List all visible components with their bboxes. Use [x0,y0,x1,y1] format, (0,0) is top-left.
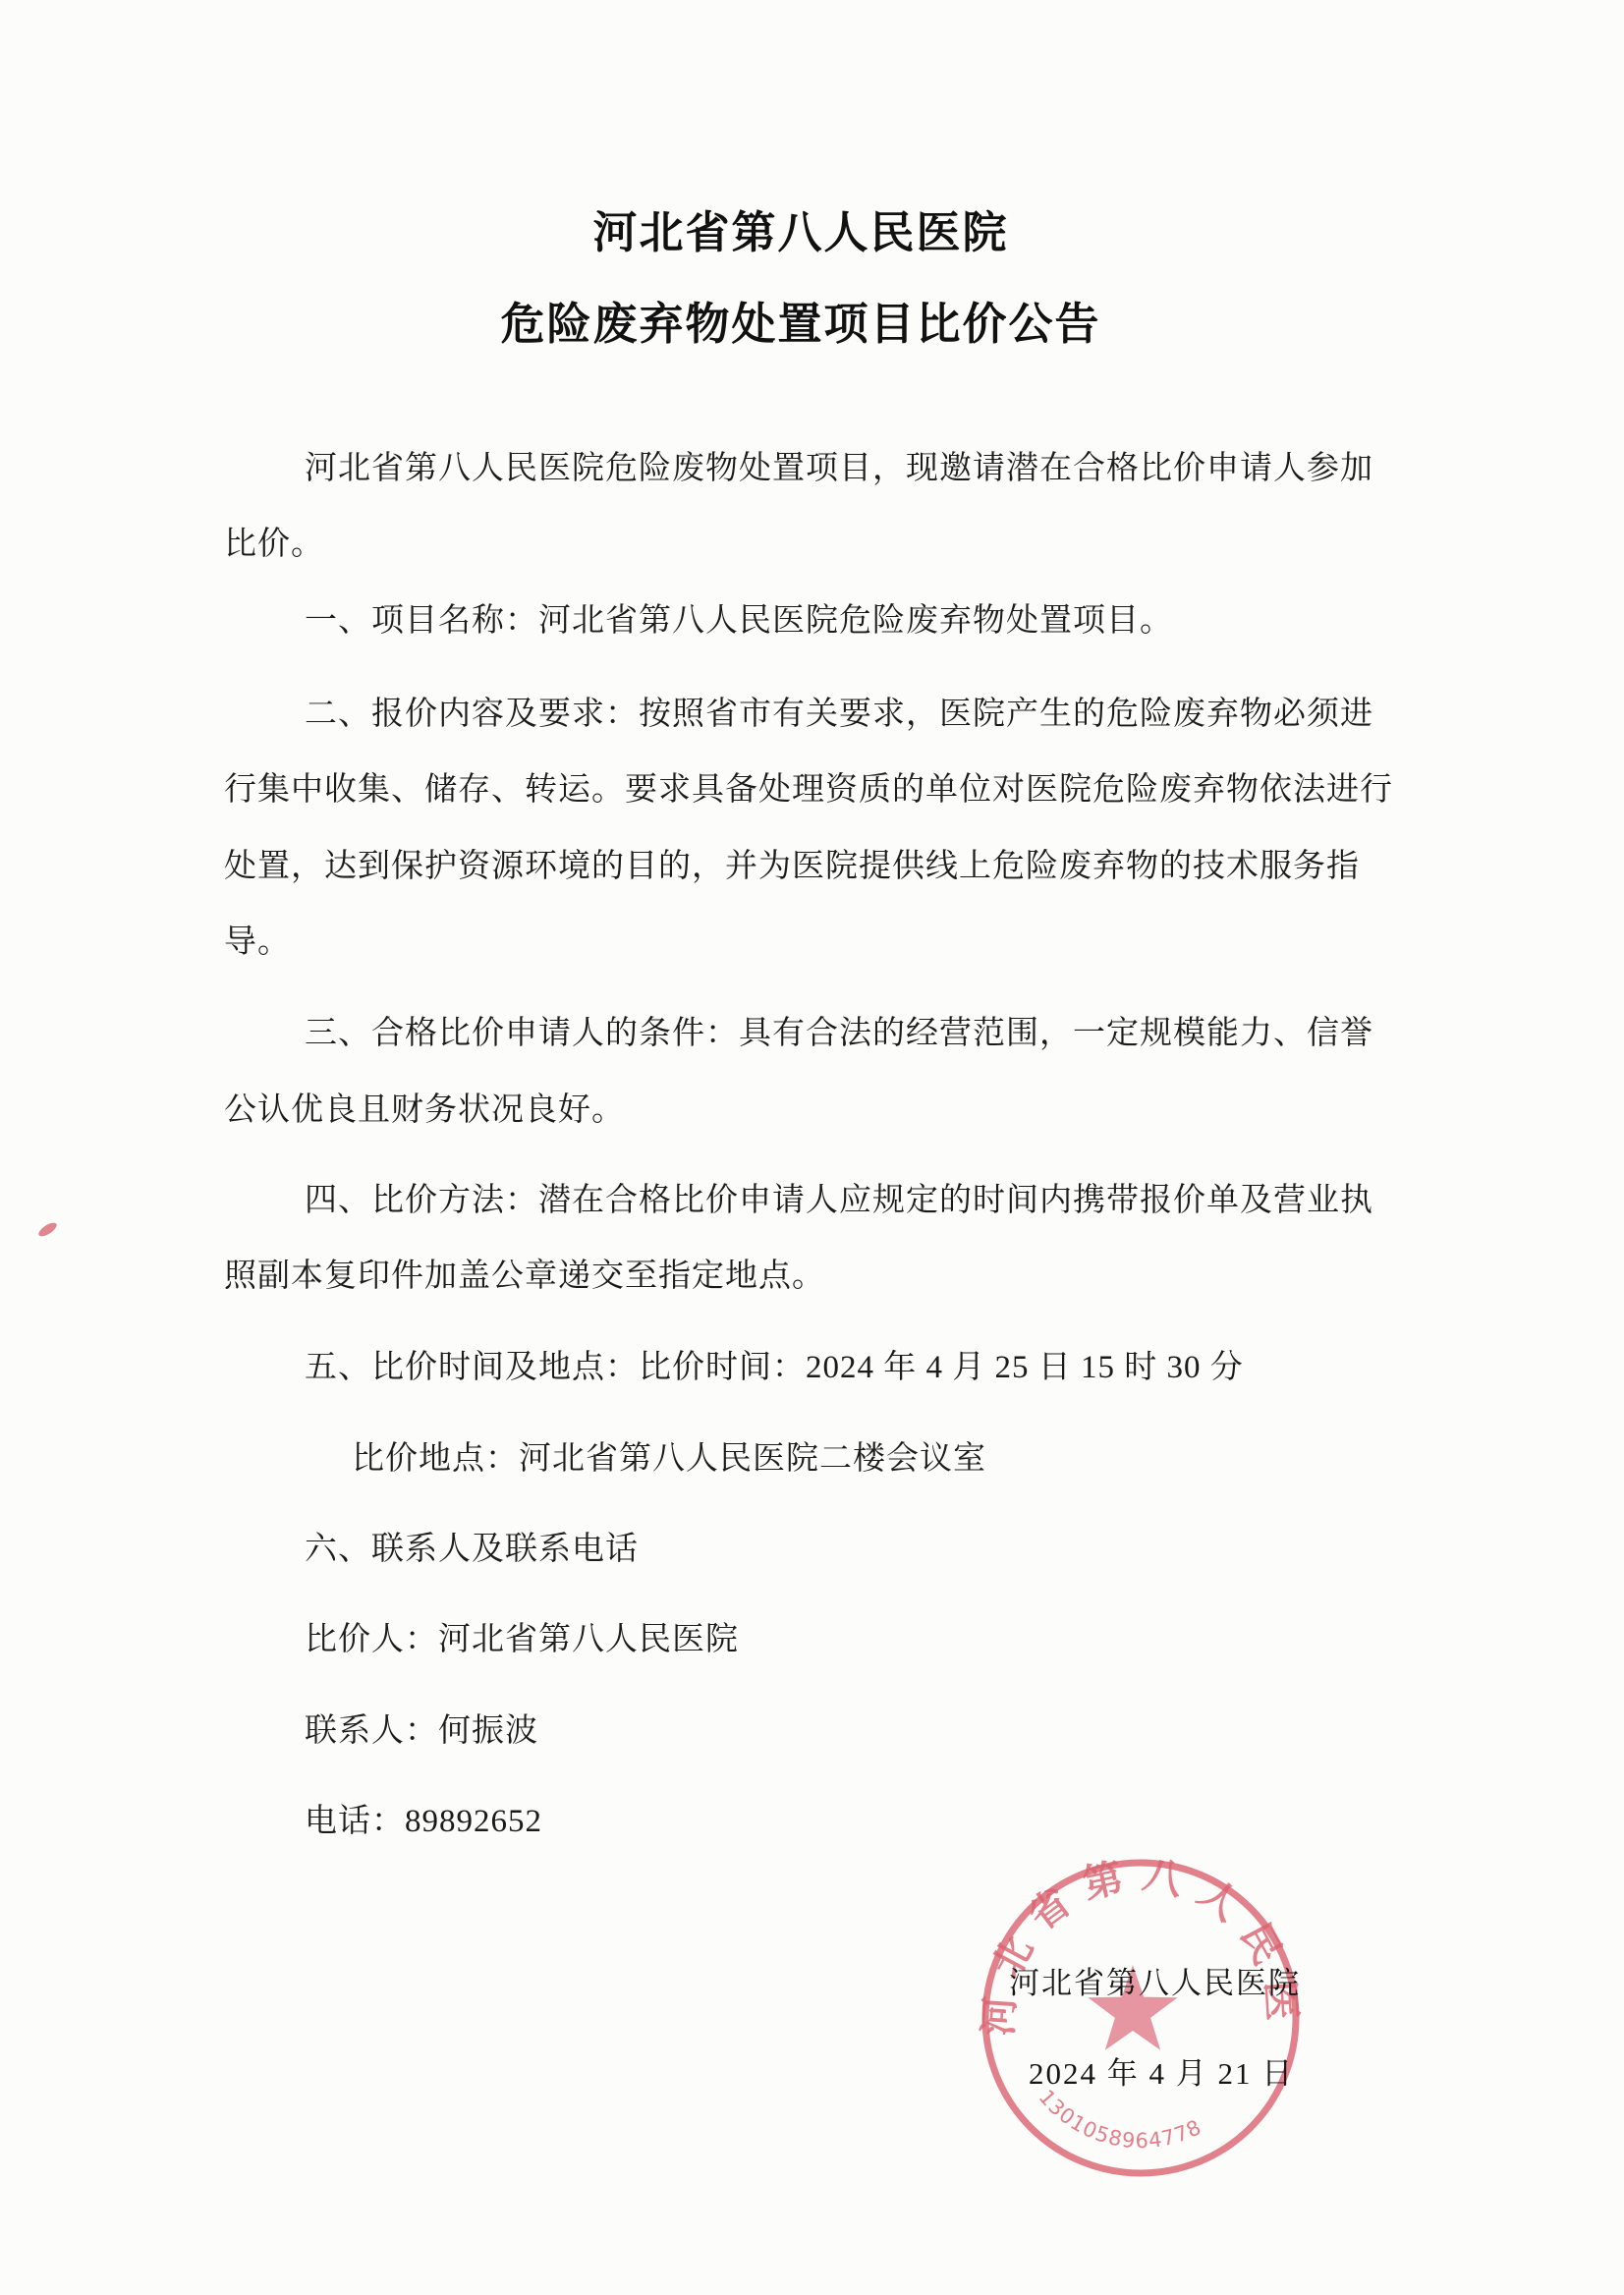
intro-line-1: 河北省第八人民医院危险废物处置项目，现邀请潜在合格比价申请人参加 [305,442,1373,488]
red-scan-mark [36,1220,58,1239]
contact-person-line: 联系人：何振波 [305,1705,538,1751]
item-4-line-1: 四、比价方法：潜在合格比价申请人应规定的时间内携带报价单及营业执 [305,1174,1373,1220]
signature-date: 2024 年 4 月 21 日 [1029,2048,1294,2093]
title-line-1: 河北省第八人民医院 [0,196,1601,260]
item-3-line-1: 三、合格比价申请人的条件：具有合法的经营范围，一定规模能力、信誉 [305,1007,1373,1053]
item-5-time: 五、比价时间及地点：比价时间：2024 年 4 月 25 日 15 时 30 分 [305,1341,1244,1387]
svg-text:1301058964778: 1301058964778 [1035,2086,1205,2154]
item-6-contact-head: 六、联系人及联系电话 [305,1523,639,1569]
item-5-place: 比价地点：河北省第八人民医院二楼会议室 [352,1432,986,1479]
item-2-line-3: 处置，达到保护资源环境的目的，并为医院提供线上危险废弃物的技术服务指 [224,840,1360,886]
title-line-2: 危险废弃物处置项目比价公告 [0,288,1601,352]
official-seal: 河北省第八人民医院 1301058964778 [976,1853,1306,2183]
intro-line-2: 比价。 [224,518,324,564]
item-1-project-name: 一、项目名称：河北省第八人民医院危险废弃物处置项目。 [305,594,1173,641]
signature-org: 河北省第八人民医院 [1009,1958,1301,2002]
item-2-line-4: 导。 [224,916,291,962]
document-page: 河北省第八人民医院 危险废弃物处置项目比价公告 河北省第八人民医院危险废物处置项… [0,0,1624,2295]
item-4-line-2: 照副本复印件加盖公章递交至指定地点。 [224,1250,825,1296]
item-2-line-1: 二、报价内容及要求：按照省市有关要求，医院产生的危险废弃物必须进 [305,688,1373,734]
phone-line: 电话：89892652 [305,1795,542,1841]
bidder-line: 比价人：河北省第八人民医院 [305,1613,739,1659]
item-2-line-2: 行集中收集、储存、转运。要求具备处理资质的单位对医院危险废弃物依法进行 [224,763,1393,810]
seal-number: 1301058964778 [1035,2086,1205,2154]
item-3-line-2: 公认优良且财务状况良好。 [224,1084,625,1130]
